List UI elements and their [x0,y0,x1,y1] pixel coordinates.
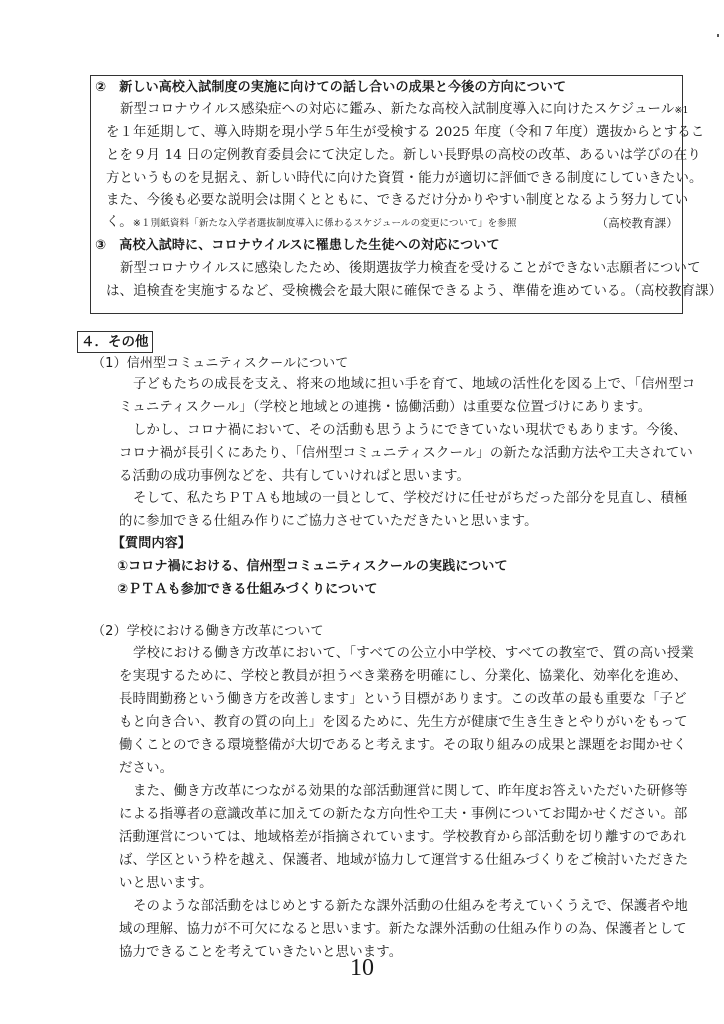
body-line: 活動運営については、地域格差が指摘されています。学校教育から部活動を切り離すので… [119,828,686,848]
item2-line: また、今後も必要な説明会は開くとともに、できるだけ分かりやすい制度となるよう努力… [106,191,688,211]
body-line: もと向き合い、教育の質の向上」を図るために、先生方が健康で生き生きとやりがいをも… [119,713,688,733]
item3-line: は、追検査を実施するなど、受検機会を最大限に確保できるよう、準備を進めている。（… [106,282,722,302]
body-line: 的に参加できる仕組み作りにご協力させていただきたいと思います。 [119,512,538,532]
body-line: 子どもたちの成長を支え、将来の地域に担い手を育て、地域の活性化を図る上で、「信州… [133,375,695,395]
item2-heading: ② 新しい高校入試制度の実施に向けての話し合いの成果と今後の方向について [95,78,566,98]
item3-line: 新型コロナウイルスに感染したため、後期選抜学力検査を受けることができない志願者に… [120,259,701,279]
body-line: そのような部活動をはじめとする新たな課外活動の仕組みを考えていくうえで、保護者や… [133,897,688,917]
questions-label: 【質問内容】 [112,534,191,554]
body-line: 働くことのできる環境整備が大切であると考えます。その取り組みの成果と課題をお聞か… [119,736,687,756]
body-line: 長時間勤務という働き方を改善します」という目標があります。この改革の最も重要な「… [119,690,687,710]
item2-line: 方というものを見据え、新しい時代に向けた資質・能力が適切に評価できる制度にしてい… [106,169,703,189]
page-number: 10 [0,955,724,982]
subsection-title: （2）学校における働き方改革について [92,622,324,642]
department-label: （高校教育課） [596,213,678,233]
scan-mark [717,34,719,37]
subsection-title: （1）信州型コミュニティスクールについて [92,354,348,374]
item2-line: 新型コロナウイルス感染症への対応に鑑み、新たな高校入試制度導入に向けたスケジュー… [120,100,689,121]
item3-heading: ③ 高校入試時に、コロナウイルスに罹患した生徒への対応について [95,236,500,256]
question-item: ①コロナ禍における、信州型コミュニティスクールの実践について [117,557,508,577]
body-line: ば、学区という枠を越え、保護者、地域が協力して運営する仕組みづくりをご検討いただ… [119,851,688,871]
item2-line: を１年延期して、導入時期を現小学５年生が受検する 2025 年度（令和７年度）選… [106,123,704,143]
body-line: を実現するために、学校と教員が担うべき業務を明確にし、分業化、協業化、効率化を進… [119,667,687,687]
document-page: ② 新しい高校入試制度の実施に向けての話し合いの成果と今後の方向について 新型コ… [0,0,724,1024]
body-line: 学校における働き方改革において、「すべての公立小中学校、すべての教室で、質の高い… [133,644,694,664]
footnote: ※１別紙資料「新たな入学者選抜制度導入に係わるスケジュールの変更について」を参照 [133,218,517,229]
body-line: る活動の成功事例などを、共有していければと思います。 [119,467,470,487]
body-line: 域の理解、協力が不可欠になると思います。新たな課外活動の仕組み作りの為、保護者と… [119,920,687,940]
body-line: また、働き方改革につながる効果的な部活動運営に関して、昨年度お答えいただいた研修… [133,782,688,802]
section-heading: ４．その他 [77,331,153,353]
body-line: そして、私たちＰＴＡも地域の一員として、学校だけに任せがちだった部分を見直し、積… [133,489,688,509]
question-item: ②ＰＴＡも参加できる仕組みづくりについて [117,580,378,600]
body-line: コロナ禍が長引くにあたり、「信州型コミュニティスクール」の新たな活動方法や工夫さ… [119,444,693,464]
body-line: いと思います。 [119,874,213,894]
item2-line: とを９月 14 日の定例教育委員会にて決定した。新しい長野県の高校の改革、あるい… [106,146,701,166]
body-line: ださい。 [119,759,173,779]
body-line: ミュニティスクール」（学校と地域との連携・協働活動）は重要な位置づけにあります。 [119,398,651,418]
body-line: しかし、コロナ禍において、その活動も思うようにできていない現状でもあります。今後… [133,421,687,441]
body-line: による指導者の意識改革に加えての新たな方向性や工夫・事例についてお聞かせください… [119,805,687,825]
item2-last-line: く。※１別紙資料「新たな入学者選抜制度導入に係わるスケジュールの変更について」を… [106,213,678,234]
